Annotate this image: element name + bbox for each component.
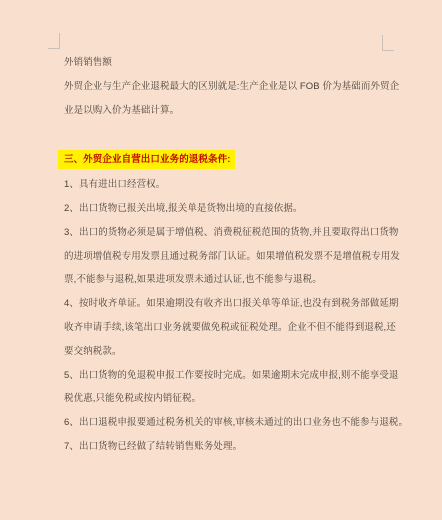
- doc-line-item-1: 1、具有进出口经营权。: [64, 173, 394, 197]
- doc-line-item-4b: 收齐申请手续,该笔出口业务就要做免税或征税处理。企业不但不能得到退税,还: [64, 316, 394, 340]
- highlighted-heading-text: 三、外贸企业自营出口业务的退税条件:: [58, 150, 235, 169]
- document-page: 外销销售额 外贸企业与生产企业退税最大的区别就是:生产企业是以 FOB 价为基础…: [0, 0, 442, 520]
- margin-mark-top-left: [48, 33, 60, 49]
- doc-line-item-5b: 税优惠,只能免税或按内销征税。: [64, 387, 394, 411]
- doc-line-title: 外销销售额: [64, 51, 394, 75]
- document-body: 外销销售额 外贸企业与生产企业退税最大的区别就是:生产企业是以 FOB 价为基础…: [64, 51, 394, 459]
- doc-line-item-5a: 5、出口货物的免退税申报工作要按时完成。如果逾期未完成申报,则不能享受退: [64, 364, 394, 388]
- doc-line-item-3a: 3、出口的货物必须是属于增值税、消费税征税范围的货物,并且要取得出口货物: [64, 221, 394, 245]
- doc-line-item-3b: 的进项增值税专用发票且通过税务部门认证。如果增值税发票不是增值税专用发: [64, 245, 394, 269]
- doc-line-intro-2: 业是以购入价为基础计算。: [64, 99, 394, 123]
- doc-line-item-6: 6、出口退税申报要通过税务机关的审核,审核未通过的出口业务也不能参与退税。: [64, 411, 394, 435]
- doc-line-item-4c: 要交纳税款。: [64, 340, 394, 364]
- doc-line-item-4a: 4、按时收齐单证。如果逾期没有收齐出口报关单等单证,也没有到税务部做延期: [64, 292, 394, 316]
- doc-line-intro-1: 外贸企业与生产企业退税最大的区别就是:生产企业是以 FOB 价为基础而外贸企: [64, 75, 394, 99]
- doc-line-item-2: 2、出口货物已报关出境,报关单是货物出境的直接依据。: [64, 197, 394, 221]
- margin-mark-top-right: [382, 35, 394, 51]
- doc-line-item-3c: 票,不能参与退税,如果进项发票未通过认证,也不能参与退税。: [64, 268, 394, 292]
- doc-line-item-7: 7、出口货物已经做了结转销售账务处理。: [64, 435, 394, 459]
- section-heading: 三、外贸企业自营出口业务的退税条件:: [64, 148, 394, 172]
